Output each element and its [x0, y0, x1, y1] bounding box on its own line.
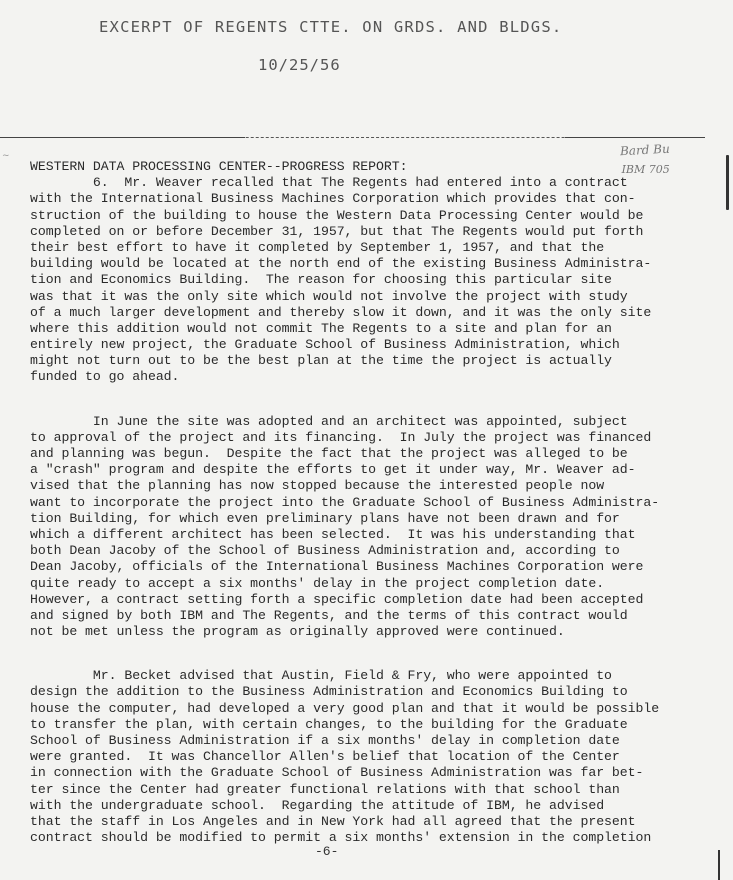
text-line: However, a contract setting forth a spec… — [30, 592, 690, 608]
text-line: building would be located at the north e… — [30, 256, 690, 272]
text-line: contract should be modified to permit a … — [30, 830, 690, 846]
text-line: where this addition would not commit The… — [30, 321, 690, 337]
text-line: house the computer, had developed a very… — [30, 701, 690, 717]
paragraph-gap — [30, 386, 690, 414]
paragraph-gap — [30, 640, 690, 668]
document-body: WESTERN DATA PROCESSING CENTER--PROGRESS… — [30, 159, 690, 846]
text-line: funded to go ahead. — [30, 369, 690, 385]
paragraph: 6. Mr. Weaver recalled that The Regents … — [30, 175, 690, 385]
text-line: with the undergraduate school. Regarding… — [30, 798, 690, 814]
text-line: Dean Jacoby, officials of the Internatio… — [30, 559, 690, 575]
text-line: In June the site was adopted and an arch… — [30, 414, 690, 430]
text-line: Mr. Becket advised that Austin, Field & … — [30, 668, 690, 684]
text-line: to transfer the plan, with certain chang… — [30, 717, 690, 733]
text-line: School of Business Administration if a s… — [30, 733, 690, 749]
text-line: tion and Economics Building. The reason … — [30, 272, 690, 288]
text-line: entirely new project, the Graduate Schoo… — [30, 337, 690, 353]
text-line: ter since the Center had greater functio… — [30, 782, 690, 798]
text-line: might not turn out to be the best plan a… — [30, 353, 690, 369]
document-title: EXCERPT OF REGENTS CTTE. ON GRDS. AND BL… — [99, 18, 562, 36]
text-line: with the International Business Machines… — [30, 191, 690, 207]
text-line: were granted. It was Chancellor Allen's … — [30, 749, 690, 765]
paragraph: Mr. Becket advised that Austin, Field & … — [30, 668, 690, 846]
text-line: was that it was the only site which woul… — [30, 289, 690, 305]
text-line: which a different architect has been sel… — [30, 527, 690, 543]
text-line: tion Building, for which even preliminar… — [30, 511, 690, 527]
divider-rule-segment — [565, 137, 705, 138]
margin-mark — [726, 155, 729, 210]
handwritten-line-1: Bard Bu — [620, 140, 671, 161]
text-line: and planning was begun. Despite the fact… — [30, 446, 690, 462]
section-heading: WESTERN DATA PROCESSING CENTER--PROGRESS… — [30, 159, 690, 175]
text-line: design the addition to the Business Admi… — [30, 684, 690, 700]
document-date: 10/25/56 — [258, 56, 341, 74]
text-line: quite ready to accept a six months' dela… — [30, 576, 690, 592]
margin-scribble: ~ — [2, 151, 10, 161]
divider-rule-segment — [0, 137, 245, 138]
text-line: of a much larger development and thereby… — [30, 305, 690, 321]
text-line: in connection with the Graduate School o… — [30, 765, 690, 781]
text-line: both Dean Jacoby of the School of Busine… — [30, 543, 690, 559]
text-line: want to incorporate the project into the… — [30, 495, 690, 511]
text-line: 6. Mr. Weaver recalled that The Regents … — [30, 175, 690, 191]
margin-mark — [718, 850, 720, 880]
text-line: that the staff in Los Angeles and in New… — [30, 814, 690, 830]
text-line: not be met unless the program as origina… — [30, 624, 690, 640]
text-line: completed on or before December 31, 1957… — [30, 224, 690, 240]
text-line: and signed by both IBM and The Regents, … — [30, 608, 690, 624]
page-number: -6- — [315, 844, 338, 859]
text-line: vised that the planning has now stopped … — [30, 478, 690, 494]
text-line: struction of the building to house the W… — [30, 208, 690, 224]
paragraphs: 6. Mr. Weaver recalled that The Regents … — [30, 175, 690, 846]
paragraph: In June the site was adopted and an arch… — [30, 414, 690, 641]
text-line: their best effort to have it completed b… — [30, 240, 690, 256]
text-line: a "crash" program and despite the effort… — [30, 462, 690, 478]
text-line: to approval of the project and its finan… — [30, 430, 690, 446]
